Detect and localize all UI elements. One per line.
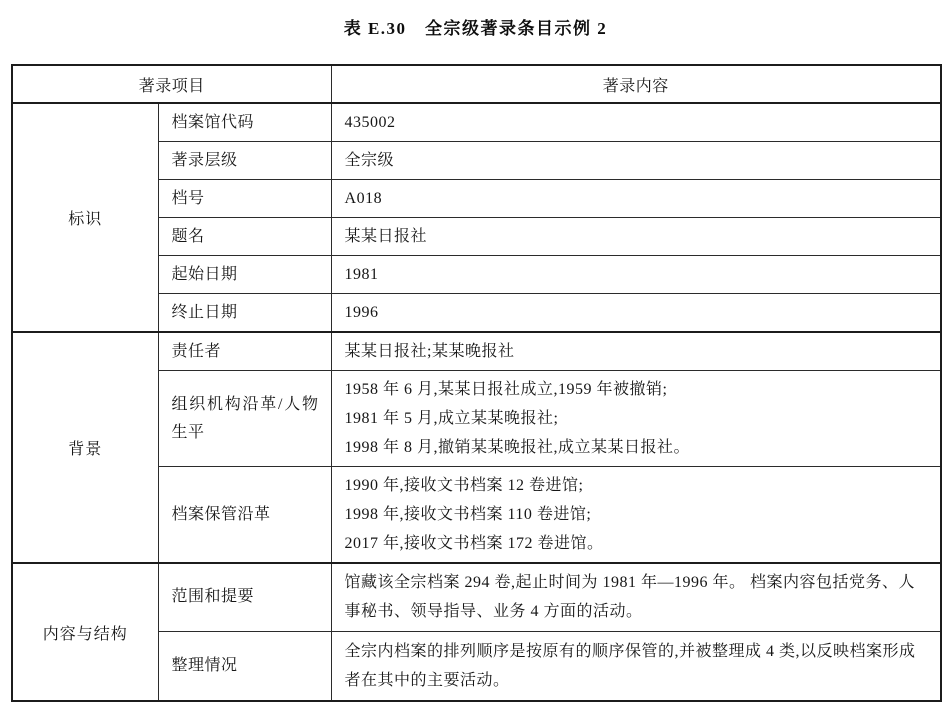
document-page: 表 E.30 全宗级著录条目示例 2 著录项目 著录内容 标识 档案馆代码 43… bbox=[0, 0, 951, 692]
item-cell: 整理情况 bbox=[158, 631, 331, 701]
table-row: 背景 责任者 某某日报社;某某晚报社 bbox=[12, 332, 941, 371]
item-cell: 档号 bbox=[158, 180, 331, 218]
item-cell: 责任者 bbox=[158, 332, 331, 371]
header-item-column: 著录项目 bbox=[12, 65, 331, 103]
content-cell: 1958 年 6 月,某某日报社成立,1959 年被撤销; 1981 年 5 月… bbox=[331, 371, 941, 467]
item-cell: 题名 bbox=[158, 218, 331, 256]
item-cell: 组织机构沿革/人物生平 bbox=[158, 371, 331, 467]
header-content-column: 著录内容 bbox=[331, 65, 941, 103]
item-cell: 著录层级 bbox=[158, 142, 331, 180]
content-cell: 某某日报社;某某晚报社 bbox=[331, 332, 941, 371]
content-cell: 某某日报社 bbox=[331, 218, 941, 256]
item-cell: 范围和提要 bbox=[158, 563, 331, 631]
section-cell: 标识 bbox=[12, 103, 158, 332]
item-cell: 档案保管沿革 bbox=[158, 467, 331, 564]
content-cell: 1990 年,接收文书档案 12 卷进馆; 1998 年,接收文书档案 110 … bbox=[331, 467, 941, 564]
item-cell: 终止日期 bbox=[158, 294, 331, 333]
description-table: 著录项目 著录内容 标识 档案馆代码 435002 著录层级 全宗级 档号 A0… bbox=[11, 64, 942, 702]
content-cell: A018 bbox=[331, 180, 941, 218]
table-row: 标识 档案馆代码 435002 bbox=[12, 103, 941, 142]
content-cell: 1996 bbox=[331, 294, 941, 333]
content-cell: 馆藏该全宗档案 294 卷,起止时间为 1981 年—1996 年。 档案内容包… bbox=[331, 563, 941, 631]
content-cell: 435002 bbox=[331, 103, 941, 142]
table-row: 内容与结构 范围和提要 馆藏该全宗档案 294 卷,起止时间为 1981 年—1… bbox=[12, 563, 941, 631]
content-cell: 1981 bbox=[331, 256, 941, 294]
content-cell: 全宗级 bbox=[331, 142, 941, 180]
page-title: 表 E.30 全宗级著录条目示例 2 bbox=[0, 14, 951, 39]
table-header-row: 著录项目 著录内容 bbox=[12, 65, 941, 103]
section-cell: 内容与结构 bbox=[12, 563, 158, 701]
content-cell: 全宗内档案的排列顺序是按原有的顺序保管的,并被整理成 4 类,以反映档案形成者在… bbox=[331, 631, 941, 701]
item-cell: 起始日期 bbox=[158, 256, 331, 294]
section-cell: 背景 bbox=[12, 332, 158, 563]
item-cell: 档案馆代码 bbox=[158, 103, 331, 142]
